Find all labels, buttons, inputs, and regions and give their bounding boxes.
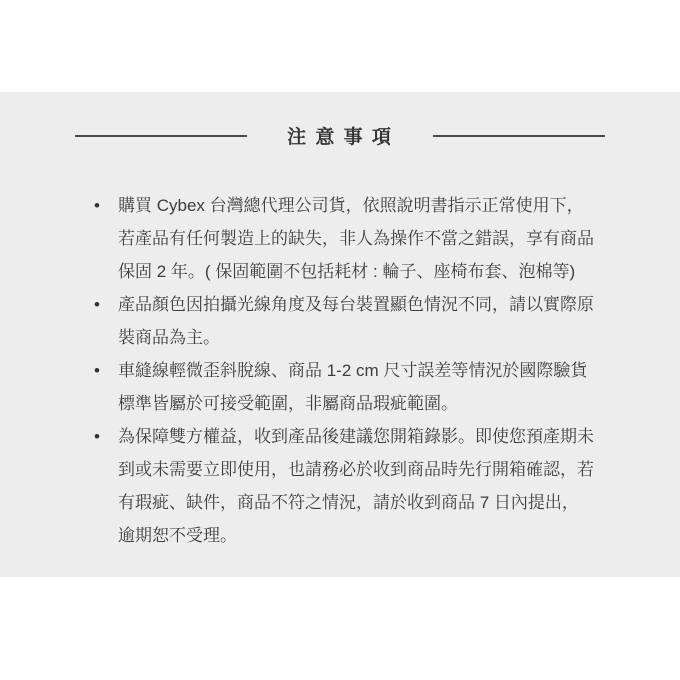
notice-list: • 購買 Cybex 台灣總代理公司貨，依照說明書指示正常使用下，若產品有任何製… <box>118 189 594 552</box>
list-item: • 購買 Cybex 台灣總代理公司貨，依照說明書指示正常使用下，若產品有任何製… <box>118 189 594 288</box>
bullet-marker: • <box>94 354 100 387</box>
notice-text-color: 產品顏色因拍攝光線角度及每台裝置顯色情況不同，請以實際原裝商品為主。 <box>118 295 594 347</box>
notice-text-warranty: 購買 Cybex 台灣總代理公司貨，依照說明書指示正常使用下，若產品有任何製造上… <box>118 196 594 281</box>
title-rule-left <box>75 135 247 137</box>
notice-page: 注 意 事 項 • 購買 Cybex 台灣總代理公司貨，依照說明書指示正常使用下… <box>0 0 680 680</box>
notice-text-tolerance: 車縫線輕微歪斜脫線、商品 1-2 cm 尺寸誤差等情況於國際驗貨標準皆屬於可接受… <box>118 361 587 413</box>
title-rule-right <box>433 135 605 137</box>
bullet-marker: • <box>94 189 100 222</box>
bullet-marker: • <box>94 420 100 453</box>
list-item: • 車縫線輕微歪斜脫線、商品 1-2 cm 尺寸誤差等情況於國際驗貨標準皆屬於可… <box>118 354 594 420</box>
page-title: 注 意 事 項 <box>287 122 393 149</box>
list-item: • 為保障雙方權益，收到產品後建議您開箱錄影。即使您預產期未到或未需要立即使用，… <box>118 420 594 552</box>
list-item: • 產品顏色因拍攝光線角度及每台裝置顯色情況不同，請以實際原裝商品為主。 <box>118 288 594 354</box>
notice-text-unboxing: 為保障雙方權益，收到產品後建議您開箱錄影。即使您預產期未到或未需要立即使用，也請… <box>118 427 594 545</box>
bullet-marker: • <box>94 288 100 321</box>
notice-panel: 注 意 事 項 • 購買 Cybex 台灣總代理公司貨，依照說明書指示正常使用下… <box>0 92 680 577</box>
title-row: 注 意 事 項 <box>75 122 605 149</box>
